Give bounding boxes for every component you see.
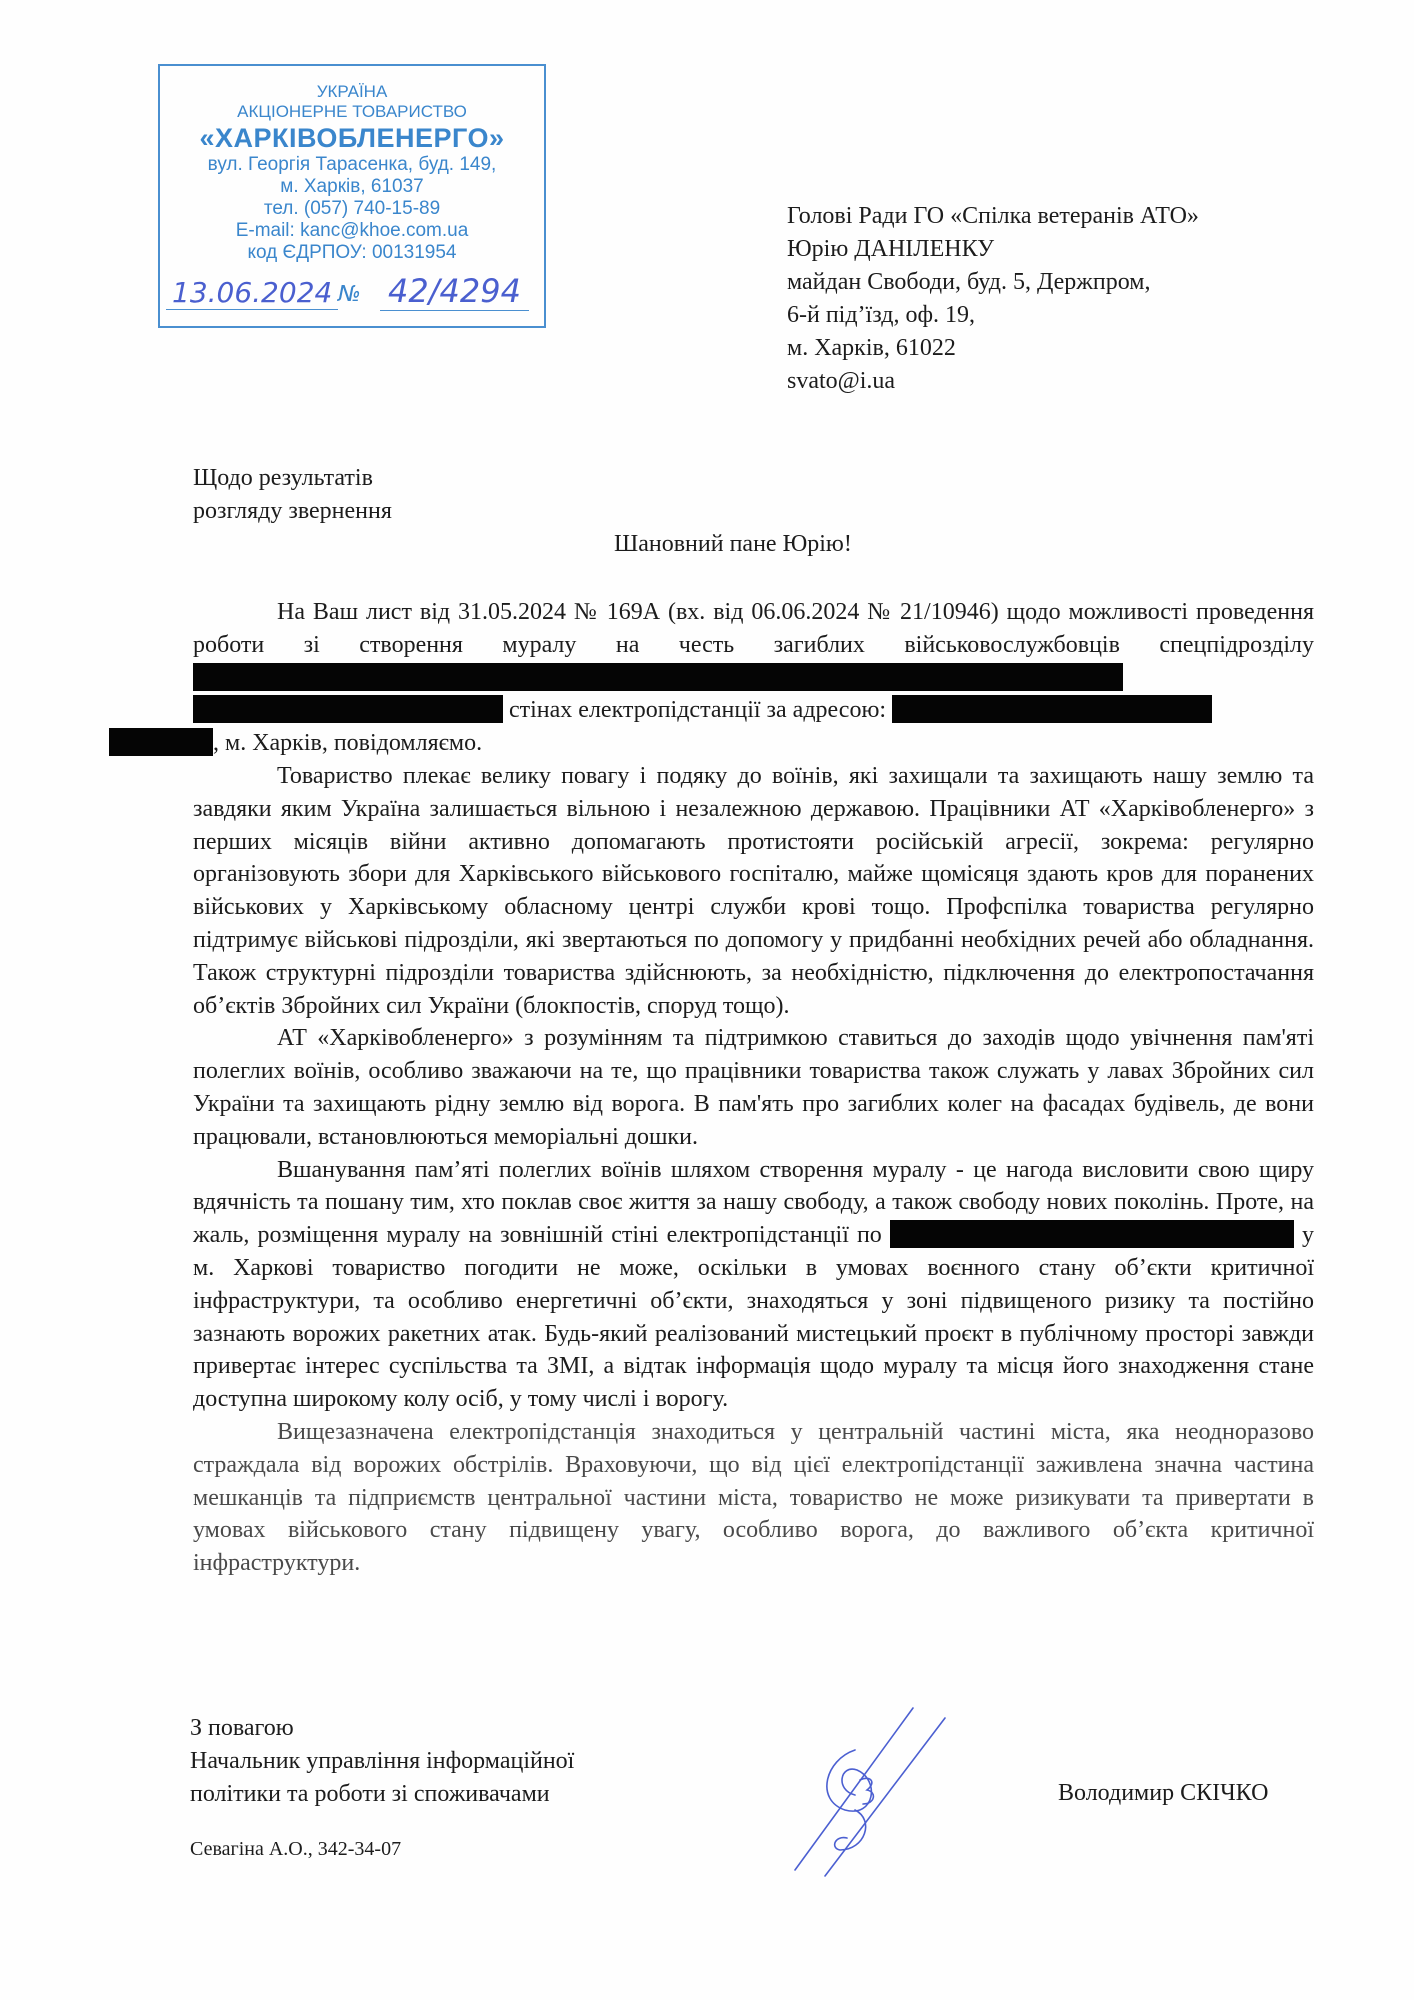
addressee-name: Юрію ДАНІЛЕНКУ bbox=[787, 233, 1199, 266]
stamp-company-type: АКЦІОНЕРНЕ ТОВАРИСТВО bbox=[160, 102, 544, 122]
paragraph-1: На Ваш лист від 31.05.2024 № 169А (вх. в… bbox=[193, 596, 1314, 760]
signer-position-1: Начальник управління інформаційної bbox=[190, 1745, 574, 1778]
letter-body: На Ваш лист від 31.05.2024 № 169А (вх. в… bbox=[193, 596, 1314, 1580]
signer-name: Володимир СКІЧКО bbox=[1058, 1777, 1268, 1810]
redacted-block bbox=[109, 728, 213, 756]
redacted-block bbox=[193, 663, 1123, 691]
addressee-title: Голові Ради ГО «Спілка ветеранів АТО» bbox=[787, 200, 1199, 233]
paragraph-4: Вшанування пам’яті полеглих воїнів шляхо… bbox=[193, 1154, 1314, 1416]
executor-contact: Севагіна А.О., 342-34-07 bbox=[190, 1836, 401, 1862]
salutation: Шановний пане Юрію! bbox=[614, 528, 852, 561]
subject-block: Щодо результатів розгляду звернення bbox=[193, 462, 392, 528]
paragraph-2: Товариство плекає велику повагу і подяку… bbox=[193, 760, 1314, 1022]
stamp-edrpou: код ЄДРПОУ: 00131954 bbox=[160, 242, 544, 264]
handwritten-signature bbox=[785, 1700, 1005, 1880]
redacted-block bbox=[193, 695, 503, 723]
stamp-email: E-mail: kanc@khoe.com.ua bbox=[160, 220, 544, 242]
paragraph-1-text-a: На Ваш лист від 31.05.2024 № 169А (вх. в… bbox=[193, 599, 1314, 658]
stamp-country: УКРАЇНА bbox=[160, 82, 544, 102]
closing-block: З повагою Начальник управління інформаці… bbox=[190, 1712, 574, 1811]
addressee-email: svato@i.ua bbox=[787, 365, 1199, 398]
subject-line-1: Щодо результатів bbox=[193, 462, 392, 495]
subject-line-2: розгляду звернення bbox=[193, 495, 392, 528]
redacted-block bbox=[890, 1220, 1294, 1248]
stamp-phone: тел. (057) 740-15-89 bbox=[160, 198, 544, 220]
stamp-street: вул. Георгія Тарасенка, буд. 149, bbox=[160, 154, 544, 176]
stamp-company-name: «ХАРКІВОБЛЕНЕРГО» bbox=[160, 122, 544, 154]
addressee-office: 6-й під’їзд, оф. 19, bbox=[787, 299, 1199, 332]
paragraph-3: АТ «Харківобленерго» з розумінням та під… bbox=[193, 1022, 1314, 1153]
redacted-block bbox=[892, 695, 1212, 723]
stamp-city: м. Харків, 61037 bbox=[160, 176, 544, 198]
addressee-street: майдан Свободи, буд. 5, Держпром, bbox=[787, 266, 1199, 299]
paragraph-1-text-b: стінах електропідстанції за адресою: bbox=[509, 697, 886, 723]
registration-stamp: УКРАЇНА АКЦІОНЕРНЕ ТОВАРИСТВО «ХАРКІВОБЛ… bbox=[158, 64, 546, 328]
signer-position-2: політики та роботи зі споживачами bbox=[190, 1778, 574, 1811]
paragraph-4-text-b: у м. Харкові товариство погодити не може… bbox=[193, 1222, 1314, 1412]
paragraph-5: Вищезазначена електропідстанція знаходит… bbox=[193, 1416, 1314, 1580]
stamp-registration-number: 42/4294 bbox=[380, 272, 529, 311]
paragraph-1-text-c: , м. Харків, повідомляємо. bbox=[213, 730, 482, 756]
closing-regards: З повагою bbox=[190, 1712, 574, 1745]
addressee-block: Голові Ради ГО «Спілка ветеранів АТО» Юр… bbox=[787, 200, 1199, 398]
stamp-number-sign: № bbox=[338, 282, 361, 307]
stamp-registration-date: 13.06.2024 bbox=[166, 276, 338, 310]
addressee-city: м. Харків, 61022 bbox=[787, 332, 1199, 365]
